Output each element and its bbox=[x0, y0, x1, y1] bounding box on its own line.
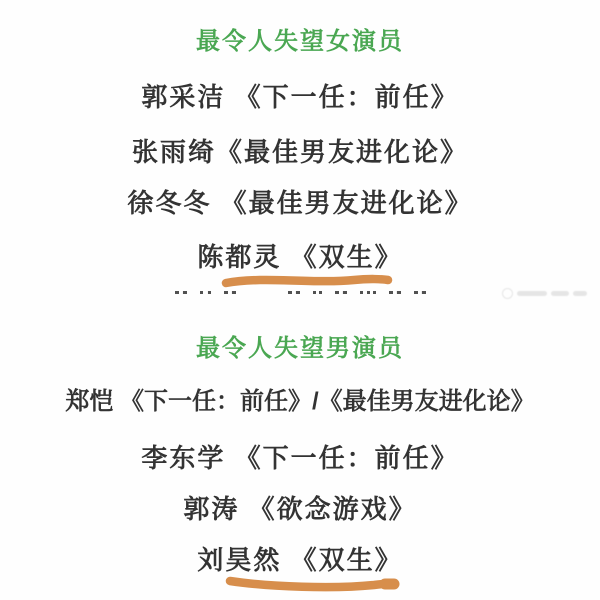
watermark bbox=[502, 288, 587, 299]
section-heading-actress: 最令人失望女演员 bbox=[0, 30, 600, 54]
section-heading-actor: 最令人失望男演员 bbox=[0, 337, 600, 361]
entry-row: 郭采洁 《下一任：前任》 bbox=[0, 84, 600, 110]
entry-row: 郭涛 《欲念游戏》 bbox=[0, 496, 600, 522]
entry-row: 郑恺 《下一任：前任》/《最佳男友进化论》 bbox=[0, 390, 600, 414]
watermark-logo-icon bbox=[502, 288, 513, 299]
ranking-list-image: 最令人失望女演员 郭采洁 《下一任：前任》 张雨绮《最佳男友进化论》 徐冬冬 《… bbox=[0, 0, 600, 600]
entry-row: 张雨绮《最佳男友进化论》 bbox=[0, 139, 600, 165]
entry-row: 李东学 《下一任：前任》 bbox=[0, 445, 600, 471]
entry-row: 徐冬冬 《最佳男友进化论》 bbox=[0, 190, 600, 216]
entry-row: 陈都灵 《双生》 bbox=[0, 244, 600, 270]
marker-underline bbox=[218, 271, 396, 293]
marker-underline bbox=[222, 573, 402, 597]
entry-row: 刘昊然 《双生》 bbox=[0, 547, 600, 573]
